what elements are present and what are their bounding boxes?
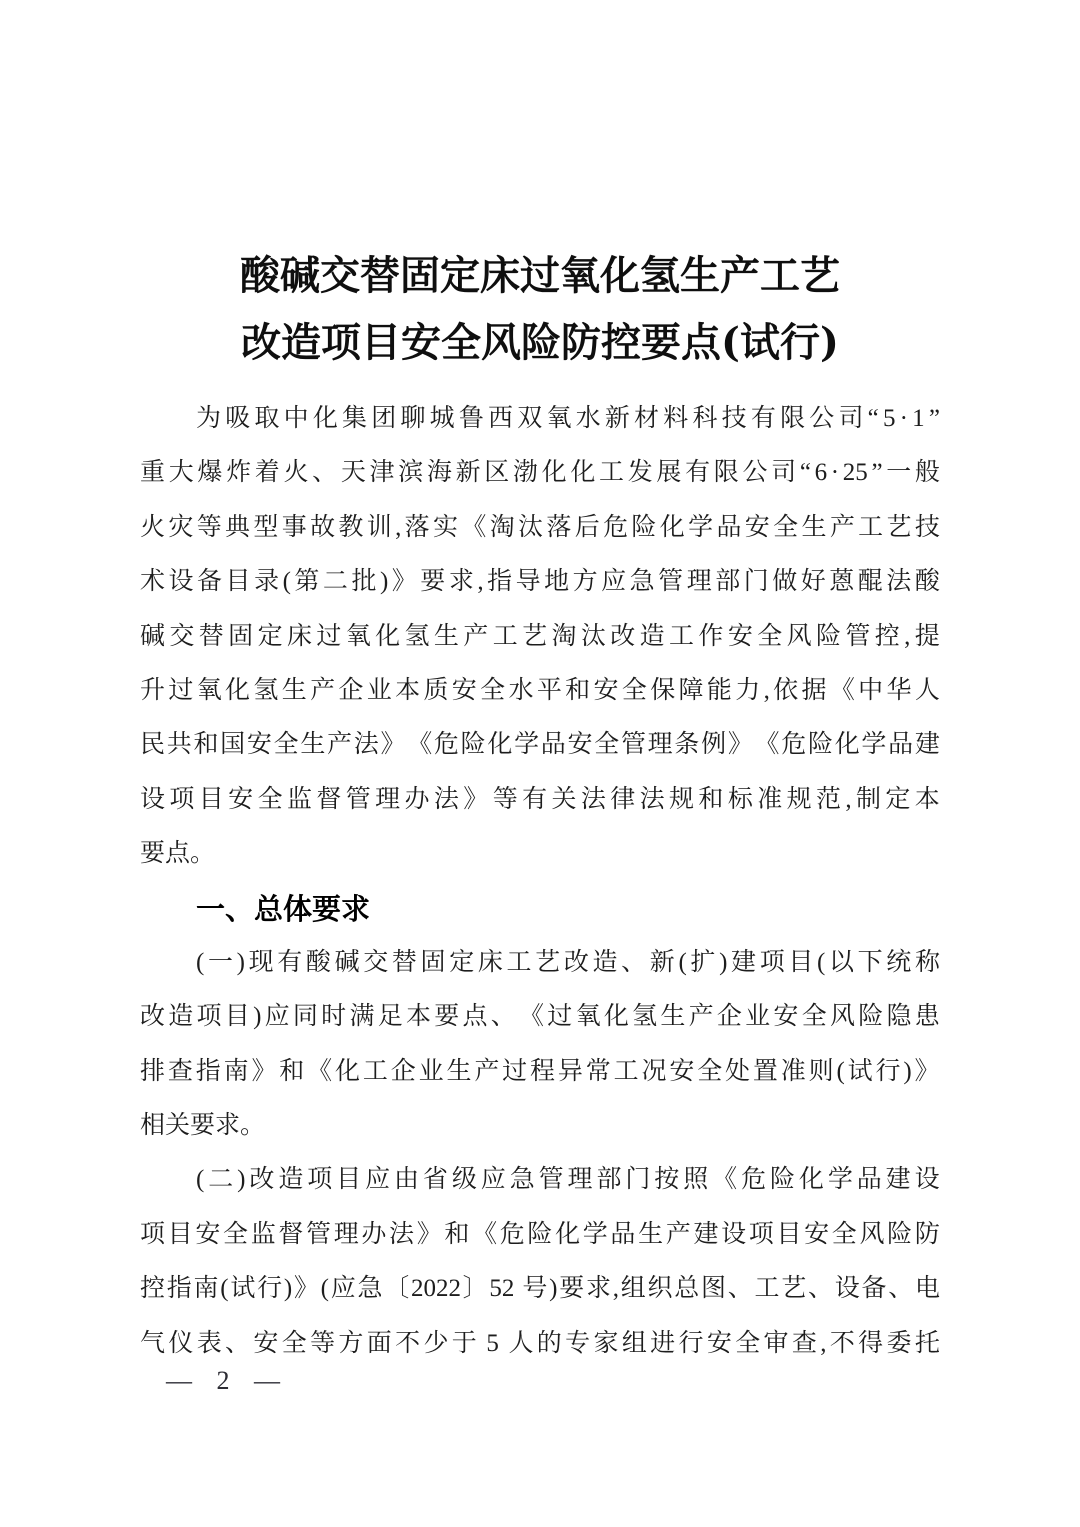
body-line: 改造项目)应同时满足本要点、《过氧化氢生产企业安全风险隐患 (140, 990, 940, 1044)
title-line-1: 酸碱交替固定床过氧化氢生产工艺 (140, 242, 940, 309)
page-title: 酸碱交替固定床过氧化氢生产工艺 改造项目安全风险防控要点(试行) (140, 0, 940, 376)
body-line: 气仪表、安全等方面不少于 5 人的专家组进行安全审查,不得委托 (140, 1317, 940, 1371)
body-line: 相关要求。 (140, 1099, 940, 1153)
body-line: 重大爆炸着火、天津滨海新区渤化化工发展有限公司“6·25”一般 (140, 446, 940, 500)
section-heading: 一、总体要求 (140, 882, 940, 936)
body-line: 项目安全监督管理办法》和《危险化学品生产建设项目安全风险防 (140, 1208, 940, 1262)
body-line: 设项目安全监督管理办法》等有关法律法规和标准规范,制定本 (140, 773, 940, 827)
page-content: 酸碱交替固定床过氧化氢生产工艺 改造项目安全风险防控要点(试行) 为吸取中化集团… (140, 0, 940, 1371)
body-line: 为吸取中化集团聊城鲁西双氧水新材料科技有限公司“5·1” (140, 392, 940, 446)
page-footer: — 2 — (166, 1366, 282, 1396)
title-line-2: 改造项目安全风险防控要点(试行) (140, 309, 940, 376)
page-number: — 2 — (166, 1366, 282, 1395)
body-line: 要点。 (140, 827, 940, 881)
body-line: 民共和国安全生产法》《危险化学品安全管理条例》《危险化学品建 (140, 718, 940, 772)
body-line: (一)现有酸碱交替固定床工艺改造、新(扩)建项目(以下统称 (140, 936, 940, 990)
body-line: 控指南(试行)》(应急〔2022〕52 号)要求,组织总图、工艺、设备、电 (140, 1262, 940, 1316)
body-line: 排查指南》和《化工企业生产过程异常工况安全处置准则(试行)》 (140, 1045, 940, 1099)
document-page: 酸碱交替固定床过氧化氢生产工艺 改造项目安全风险防控要点(试行) 为吸取中化集团… (0, 0, 1080, 1527)
body-line: (二)改造项目应由省级应急管理部门按照《危险化学品建设 (140, 1153, 940, 1207)
body-line: 火灾等典型事故教训,落实《淘汰落后危险化学品安全生产工艺技 (140, 501, 940, 555)
body-line: 术设备目录(第二批)》要求,指导地方应急管理部门做好蒽醌法酸 (140, 555, 940, 609)
body-line: 升过氧化氢生产企业本质安全水平和安全保障能力,依据《中华人 (140, 664, 940, 718)
document-body: 为吸取中化集团聊城鲁西双氧水新材料科技有限公司“5·1” 重大爆炸着火、天津滨海… (140, 392, 940, 1371)
body-line: 碱交替固定床过氧化氢生产工艺淘汰改造工作安全风险管控,提 (140, 610, 940, 664)
